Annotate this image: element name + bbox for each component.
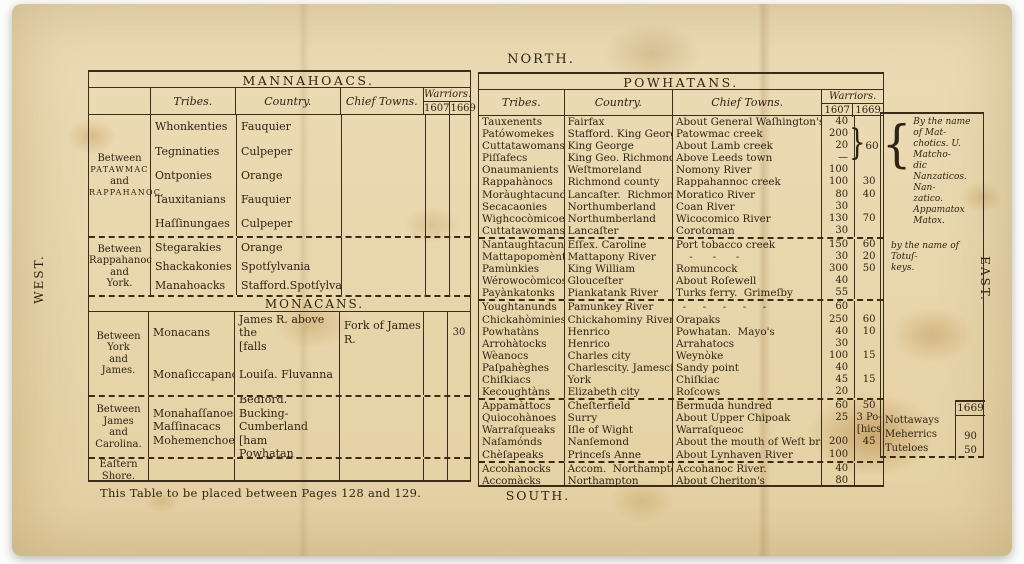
chief-town-cell xyxy=(341,212,425,236)
warriors-header-label: Warriors. xyxy=(822,90,883,104)
chief-town-cell: Coan River xyxy=(672,201,821,213)
chief-town-cell: Fork of James R. xyxy=(339,312,423,354)
monacans-section-title: MONACANS. xyxy=(89,295,470,312)
region-label-line: Eaſtern xyxy=(89,459,148,471)
warriors-1607-cell: 20 xyxy=(821,386,854,398)
region-label-line: Carolina. xyxy=(89,439,148,451)
powhatans-column-headers: Tribes. Country. Chief Towns. Warriors. … xyxy=(479,90,883,116)
powhatans-group: AppamàttocsCheſterfieldBermuda hundred60… xyxy=(479,398,883,460)
warriors-1669-cell: 50 xyxy=(854,400,883,412)
warriors-1607-cell: 80 xyxy=(821,189,854,201)
compass-north-label: NORTH. xyxy=(496,52,586,67)
chief-town-cell: About the mouth of Weſt branch xyxy=(672,436,821,448)
warriors-1669-cell xyxy=(854,287,883,299)
tribe-cell: Paſpahèghes xyxy=(479,362,564,374)
powhatans-group: NantaughtacundsEſſex. CarolinePort tobac… xyxy=(479,237,883,299)
tribe-cell: Wérowocòmicos xyxy=(479,275,564,287)
table-row: PiſſafecsKing Geo. RichmondAbove Leeds t… xyxy=(479,152,883,164)
document-sheet: NORTH. SOUTH. WEST. EAST. MANNAHOACS. Tr… xyxy=(0,0,1024,564)
warriors-1669-cell xyxy=(447,459,470,482)
chief-town-cell xyxy=(339,459,423,482)
chief-town-cell xyxy=(341,163,425,187)
chief-town-cell: Above Leeds town xyxy=(672,152,821,164)
table-row: StegarakiesOrange xyxy=(151,238,472,257)
chief-town-cell: Accohanoc River. xyxy=(672,463,821,475)
table-row: ChiſkiacsYorkChiſkiac4515 xyxy=(479,374,883,386)
powhatans-group: YoughtanundsPamunkey River - - - - -60Ch… xyxy=(479,299,883,398)
warriors-1607-cell: 100 xyxy=(821,449,854,461)
country-cell: Piankatank River xyxy=(564,287,672,299)
country-cell: Accom. Northampton xyxy=(564,463,672,475)
warriors-1607-cell: 250 xyxy=(821,314,854,326)
warriors-1607-cell xyxy=(821,424,854,436)
powhatans-section-title: POWHATANS. xyxy=(479,72,883,90)
country-cell: Louiſa. Fluvanna xyxy=(234,354,339,396)
warriors-1669-cell: 20 xyxy=(854,251,883,263)
warriors-year-headers: 1607 1669 xyxy=(424,102,470,115)
table-row: Monahaſſanoes Maſſinacacs MohemenchoesBe… xyxy=(149,397,470,457)
warriors-1607-cell: 30 xyxy=(821,225,854,237)
warriors-1669-cell xyxy=(449,139,472,163)
chief-town-cell xyxy=(341,238,425,257)
region-label: BetweenPATAWMACandRAPPAHANOC. xyxy=(89,115,151,236)
region-label-line: and xyxy=(89,176,150,188)
table-row: MonaſiccapanoesLouiſa. Fluvanna xyxy=(149,354,470,396)
warriors-1607-cell xyxy=(425,212,449,236)
region-label: BetweenRappahanocandYork. xyxy=(89,238,151,295)
warriors-1607-cell: 80 xyxy=(821,475,854,487)
table-row: ManahoacksStafford.Spotſylvan. xyxy=(151,276,472,295)
country-cell: Culpeper xyxy=(236,212,341,236)
chief-town-cell: Sandy point xyxy=(672,362,821,374)
country-cell: Stafford. King George xyxy=(564,128,672,140)
region-label-line: Between xyxy=(89,244,150,256)
country-cell: Surry xyxy=(564,412,672,424)
country-cell: Charlescity. Jamescity. xyxy=(564,362,672,374)
chief-town-cell: About Lamb creek xyxy=(672,140,821,152)
tribe-cell: Chickahòminies xyxy=(479,314,564,326)
tribe-cell: Tauxenents xyxy=(479,116,564,128)
mannahoacs-table: MANNAHOACS. Tribes. Country. Chief Towns… xyxy=(88,70,471,482)
compass-south-label: SOUTH. xyxy=(498,488,578,503)
table-row: AppamàttocsCheſterfieldBermuda hundred60… xyxy=(479,400,883,412)
region-label: BetweenYorkandJames. xyxy=(89,312,149,395)
warriors-1607-cell xyxy=(425,139,449,163)
group-rows: Monahaſſanoes Maſſinacacs MohemenchoesBe… xyxy=(149,397,470,457)
table-row: ArrohàtocksHenricoArrahatocs30 xyxy=(479,338,883,350)
warriors-1669-cell xyxy=(854,275,883,287)
region-label-line: and xyxy=(89,354,148,366)
country-cell: Henrico xyxy=(564,326,672,338)
region-label: EaſternShore. xyxy=(89,459,149,482)
warriors-1607-cell: 100 xyxy=(821,176,854,188)
warriors-1669-cell xyxy=(449,188,472,212)
warriors-1669-cell: 60 xyxy=(854,314,883,326)
region-label-line: PATAWMAC xyxy=(89,164,150,176)
tribe-name: Tuteloes xyxy=(885,442,939,456)
warriors-1607-cell: 150 xyxy=(821,239,854,251)
southern-tribes-names: Nottaways Meherrics Tuteloes xyxy=(885,414,939,456)
warriors-1607-cell: 45 xyxy=(821,374,854,386)
tribe-value: 50 xyxy=(956,444,985,458)
chief-town-cell: Port tobacco creek xyxy=(672,239,821,251)
chief-town-cell: Warraſqueoc xyxy=(672,424,821,436)
country-column-header: Country. xyxy=(564,90,672,115)
warriors-1607-cell: 40 xyxy=(821,326,854,338)
tribe-cell: Arrohàtocks xyxy=(479,338,564,350)
country-cell: King William xyxy=(564,263,672,275)
tribe-cell: Ontponies xyxy=(151,163,236,187)
warriors-1669-cell: 30 xyxy=(854,176,883,188)
warriors-1607-cell: 100 xyxy=(821,350,854,362)
table-row: WérowocòmicosGlouceſterAbout Roſewell40 xyxy=(479,275,883,287)
chief-town-cell: - - - xyxy=(672,251,821,263)
warriors-1607-cell: 30 xyxy=(821,251,854,263)
chief-town-cell: About Lynhaven River xyxy=(672,449,821,461)
region-label-line: Between xyxy=(89,404,148,416)
region-group: BetweenPATAWMACandRAPPAHANOC.Whonkenties… xyxy=(89,115,470,236)
country-cell: Orange xyxy=(236,238,341,257)
tribe-name: Nottaways xyxy=(885,414,939,428)
tribe-cell: Piſſafecs xyxy=(479,152,564,164)
chief-town-cell: Rappahannoc creek xyxy=(672,176,821,188)
chief-town-cell: Wicocomico River xyxy=(672,213,821,225)
tribe-cell: Chèſapeaks xyxy=(479,449,564,461)
tribe-cell: Nantaughtacunds xyxy=(479,239,564,251)
powhatans-title-text: POWHATANS. xyxy=(623,75,738,90)
margin-notes: { By the name of Mat- chotics. U. Matcho… xyxy=(880,112,984,458)
chief-town-cell: Powhatan. Mayo's xyxy=(672,326,821,338)
table-row: TegninatiesCulpeper xyxy=(151,139,472,163)
warriors-1669-cell xyxy=(854,338,883,350)
warriors-1607-cell xyxy=(423,397,447,457)
warriors-1669-cell xyxy=(854,164,883,176)
warriors-1669-cell: 10 xyxy=(854,326,883,338)
tribe-cell: Tauxitanians xyxy=(151,188,236,212)
warriors-1607-cell xyxy=(425,115,449,139)
warriors-1669-cell xyxy=(449,115,472,139)
chief-town-cell xyxy=(339,397,423,457)
region-label-line: and xyxy=(89,267,150,279)
warriors-1607-cell xyxy=(423,459,447,482)
warriors-1607-cell: 40 xyxy=(821,362,854,374)
warriors-1607-cell: 30 xyxy=(821,201,854,213)
tribe-cell: Payànkatonks xyxy=(479,287,564,299)
tribe-cell: Youghtanunds xyxy=(479,301,564,313)
table-row: AccohanocksAccom. NorthamptonAccohanoc R… xyxy=(479,463,883,475)
country-cell: Spotſylvania xyxy=(236,257,341,276)
tribe-cell: Monaſiccapanoes xyxy=(149,354,234,396)
chief-town-cell xyxy=(341,188,425,212)
country-cell: Northumberland xyxy=(564,213,672,225)
table-row: TauxenentsFairfaxAbout General Waſhingto… xyxy=(479,116,883,128)
table-row: NantaughtacundsEſſex. CarolinePort tobac… xyxy=(479,239,883,251)
warriors-1669-cell xyxy=(447,397,470,457)
chief-town-cell: Nomony River xyxy=(672,164,821,176)
table-row: WhonkentiesFauquier xyxy=(151,115,472,139)
placement-note: This Table to be placed between Pages 12… xyxy=(100,486,421,500)
warriors-1669-cell: 50 xyxy=(854,263,883,275)
tribe-value: 90 xyxy=(956,430,985,444)
chief-town-cell: Weynòke xyxy=(672,350,821,362)
chief-town-cell xyxy=(339,354,423,396)
warriors-1607-cell: 100 xyxy=(821,164,854,176)
tribe-cell: Wèanocs xyxy=(479,350,564,362)
margin-note-2-text: by the name of Totuſ- keys. xyxy=(881,227,983,274)
country-cell: Nanſemond xyxy=(564,436,672,448)
chief-towns-column-header: Chief Towns. xyxy=(672,90,821,115)
tribe-cell: Warraſqueaks xyxy=(479,424,564,436)
tribe-cell: Kecoughtàns xyxy=(479,386,564,398)
region-group: BetweenRappahanocandYork.StegarakiesOran… xyxy=(89,236,470,295)
region-label-line: RAPPAHANOC. xyxy=(89,187,150,199)
tribe-cell: Moràughtacunds xyxy=(479,189,564,201)
table-row: ChèſapeaksPrinceſs AnneAbout Lynhaven Ri… xyxy=(479,449,883,461)
chief-town-cell: Patowmac creek xyxy=(672,128,821,140)
region-label-line: Shore. xyxy=(89,471,148,483)
table-row: PowhatànsHenricoPowhatan. Mayo's4010 xyxy=(479,326,883,338)
region-header-spacer xyxy=(89,88,151,114)
chief-town-cell: Orapaks xyxy=(672,314,821,326)
tribe-cell: Quiocohànoes xyxy=(479,412,564,424)
warriors-1607-cell: 200 xyxy=(821,436,854,448)
southern-tribes-values: 1669 90 50 xyxy=(955,400,985,460)
table-row: PaſpahèghesCharlescity. Jamescity.Sandy … xyxy=(479,362,883,374)
tribe-cell: Whonkenties xyxy=(151,115,236,139)
warriors-1607-cell: 300 xyxy=(821,263,854,275)
country-cell: Iſle of Wight xyxy=(564,424,672,436)
chief-town-cell: Arrahatocs xyxy=(672,338,821,350)
tribe-name: Meherrics xyxy=(885,428,939,442)
country-cell: Fauquier xyxy=(236,115,341,139)
region-label-line: Between xyxy=(89,153,150,165)
region-label-line: James. xyxy=(89,365,148,377)
warriors-1669-cell: 45 xyxy=(854,436,883,448)
warriors-1607-cell: 30 xyxy=(821,338,854,350)
group-rows: WhonkentiesFauquierTegninatiesCulpeperOn… xyxy=(151,115,472,236)
region-group: EaſternShore. xyxy=(89,457,470,482)
warriors-1669-cell: [hics xyxy=(854,424,883,436)
warriors-1669-cell xyxy=(854,386,883,398)
tribe-cell: Monahaſſanoes Maſſinacacs Mohemenchoes xyxy=(149,397,234,457)
country-cell: Glouceſter xyxy=(564,275,672,287)
country-cell xyxy=(234,459,339,482)
warriors-1669-cell xyxy=(854,201,883,213)
country-cell: Cheſterfield xyxy=(564,400,672,412)
tribe-cell: Tegninaties xyxy=(151,139,236,163)
year-1669-header: 1669 xyxy=(956,402,985,416)
warriors-1669-cell xyxy=(447,354,470,396)
tribe-cell: Shackakonies xyxy=(151,257,236,276)
tribe-cell: Pamùnkies xyxy=(479,263,564,275)
brace-glyph: { xyxy=(882,112,911,233)
chief-town-cell: Bermuda hundred xyxy=(672,400,821,412)
powhatans-table-body: TauxenentsFairfaxAbout General Waſhingto… xyxy=(479,116,883,487)
table-row: MonacansJames R. above the [fallsFork of… xyxy=(149,312,470,354)
country-cell: Princeſs Anne xyxy=(564,449,672,461)
tribe-value xyxy=(956,416,985,430)
warriors-1607-cell xyxy=(425,163,449,187)
chief-town-cell: Roſcows xyxy=(672,386,821,398)
table-row: PayànkatonksPiankatank RiverTurks ferry.… xyxy=(479,287,883,299)
country-cell: Pamunkey River xyxy=(564,301,672,313)
chief-town-cell: Corotoman xyxy=(672,225,821,237)
table-row: YoughtanundsPamunkey River - - - - -60 xyxy=(479,301,883,313)
warriors-1607-cell: 60 xyxy=(821,400,854,412)
tribe-cell xyxy=(149,459,234,482)
table-row: MoràughtacundsLancaſter. RichmondMoratic… xyxy=(479,189,883,201)
chief-town-cell: About Cheriton's xyxy=(672,475,821,487)
country-cell: Charles city xyxy=(564,350,672,362)
country-cell: James R. above the [falls xyxy=(234,312,339,354)
table-row: ShackakoniesSpotſylvania xyxy=(151,257,472,276)
warriors-1607-cell: 25 xyxy=(821,412,854,424)
year-1669-header: 1669 xyxy=(449,102,475,115)
warriors-1669-cell: 40 xyxy=(854,189,883,201)
compass-west-label: WEST. xyxy=(32,248,46,310)
mannahoacs-title-text: MANNAHOACS. xyxy=(242,72,374,89)
region-label-line: Rappahanoc xyxy=(89,255,150,267)
country-cell: Mattapony River xyxy=(564,251,672,263)
table-row: NaſamóndsNanſemondAbout the mouth of Weſ… xyxy=(479,436,883,448)
country-cell: King Geo. Richmond xyxy=(564,152,672,164)
country-cell: Henrico xyxy=(564,338,672,350)
region-label-line: York. xyxy=(89,278,150,290)
table-row: MattapopomèntsMattapony River - - -3020 xyxy=(479,251,883,263)
country-cell: Lancaſter. Richmond xyxy=(564,189,672,201)
region-label-line: York xyxy=(89,342,148,354)
year-1607-header: 1607 xyxy=(424,102,449,115)
warriors-1607-cell: 60 xyxy=(821,301,854,313)
tribe-cell: Rappahànocs xyxy=(479,176,564,188)
chief-town-cell xyxy=(341,139,425,163)
table-row: PatówomekesStafford. King GeorgePatowmac… xyxy=(479,128,883,140)
warriors-1669-cell: 15 xyxy=(854,350,883,362)
warriors-1607-cell xyxy=(425,188,449,212)
tribe-cell: Appamàttocs xyxy=(479,400,564,412)
margin-note-1-text: By the name of Mat- chotics. U. Matcho- … xyxy=(911,117,981,227)
tribe-cell: Monacans xyxy=(149,312,234,354)
group-rows xyxy=(149,459,470,482)
tribe-cell: Haſſinungaes xyxy=(151,212,236,236)
warriors-1669-cell: 3 Po- xyxy=(854,412,883,424)
country-cell: Richmond county xyxy=(564,176,672,188)
chief-town-cell xyxy=(341,257,425,276)
tribes-column-header: Tribes. xyxy=(479,90,564,115)
warriors-column-header: Warriors. 1607 1669 xyxy=(423,88,470,114)
country-cell: Eſſex. Caroline xyxy=(564,239,672,251)
warriors-1669-cell xyxy=(449,238,472,257)
warriors-1669-cell xyxy=(854,463,883,475)
warriors-1669-cell: 70 xyxy=(854,213,883,225)
mannahoacs-section-title: MANNAHOACS. xyxy=(89,70,470,88)
warriors-1669-cell xyxy=(449,257,472,276)
group-rows: MonacansJames R. above the [fallsFork of… xyxy=(149,312,470,395)
chief-town-cell: About Upper Chipoak xyxy=(672,412,821,424)
region-label-line: James xyxy=(89,416,148,428)
chief-town-cell: About General Waſhington's xyxy=(672,116,821,128)
chief-town-cell: Moratico River xyxy=(672,189,821,201)
table-row: CuttatawomansKing GeorgeAbout Lamb creek… xyxy=(479,140,883,152)
tribe-cell: Secacaonies xyxy=(479,201,564,213)
margin-note-1: { By the name of Mat- chotics. U. Matcho… xyxy=(881,114,983,227)
country-cell: Orange xyxy=(236,163,341,187)
tribe-cell: Stegarakies xyxy=(151,238,236,257)
chief-town-cell: Turks ferry. Grimeſby xyxy=(672,287,821,299)
warriors-1669-cell: 15 xyxy=(854,374,883,386)
group-rows: StegarakiesOrangeShackakoniesSpotſylvani… xyxy=(151,238,472,295)
country-cell: Northumberland xyxy=(564,201,672,213)
warriors-1669-cell xyxy=(854,301,883,313)
tribes-column-header: Tribes. xyxy=(151,88,235,114)
country-cell: Fauquier xyxy=(236,188,341,212)
region-group: BetweenJamesandCarolina.Monahaſſanoes Ma… xyxy=(89,395,470,457)
region-label-line: and xyxy=(89,427,148,439)
region-group: BetweenYorkandJames.MonacansJames R. abo… xyxy=(89,312,470,395)
chief-town-cell xyxy=(341,276,425,295)
tribe-cell: Cuttatawomans xyxy=(479,140,564,152)
country-cell: Stafford.Spotſylvan. xyxy=(236,276,341,295)
tribe-cell: Naſamónds xyxy=(479,436,564,448)
country-column-header: Country. xyxy=(235,88,339,114)
table-row: ChickahòminiesChickahominy RiverOrapaks2… xyxy=(479,314,883,326)
powhatans-table: POWHATANS. Tribes. Country. Chief Towns.… xyxy=(478,72,884,487)
tribe-cell: Wighcocòmicoes xyxy=(479,213,564,225)
tribe-cell: Patówomekes xyxy=(479,128,564,140)
region-label-line: Between xyxy=(89,331,148,343)
tribe-cell: Onaumanients xyxy=(479,164,564,176)
tribe-cell: Mattapopomènts xyxy=(479,251,564,263)
table-row: RappahànocsRichmond countyRappahannoc cr… xyxy=(479,176,883,188)
warriors-1669-cell xyxy=(854,475,883,487)
table-row: AccomàcksNorthamptonAbout Cheriton's80 xyxy=(479,475,883,487)
warriors-1607-cell xyxy=(425,276,449,295)
warriors-1607-cell xyxy=(425,257,449,276)
table-row: HaſſinungaesCulpeper xyxy=(151,212,472,236)
chief-town-cell: About Roſewell xyxy=(672,275,821,287)
warriors-1607-cell xyxy=(425,238,449,257)
warriors-1607-cell: 40 xyxy=(821,275,854,287)
country-cell: Northampton xyxy=(564,475,672,487)
tribe-cell: Manahoacks xyxy=(151,276,236,295)
tribe-cell: Cuttatawomans xyxy=(479,225,564,237)
chief-town-cell xyxy=(341,115,425,139)
table-row: PamùnkiesKing WilliamRomuncock30050 xyxy=(479,263,883,275)
tribe-cell: Accomàcks xyxy=(479,475,564,487)
table-row: KecoughtànsElizabeth cityRoſcows20 xyxy=(479,386,883,398)
country-cell: Culpeper xyxy=(236,139,341,163)
table-row xyxy=(149,459,470,482)
warriors-header-label: Warriors. xyxy=(424,88,470,102)
table-row: QuiocohànoesSurryAbout Upper Chipoak253 … xyxy=(479,412,883,424)
chief-town-cell: - - - - - xyxy=(672,301,821,313)
warriors-1669-cell xyxy=(854,225,883,237)
warriors-1669-cell: 60 xyxy=(854,239,883,251)
tribe-cell: Chiſkiacs xyxy=(479,374,564,386)
table-row: WarraſqueaksIſle of WightWarraſqueoc[hic… xyxy=(479,424,883,436)
warriors-1669-cell xyxy=(449,212,472,236)
table-row: OntponiesOrange xyxy=(151,163,472,187)
table-row: OnaumanientsWeſtmorelandNomony River100 xyxy=(479,164,883,176)
southern-tribes-mini-table: Nottaways Meherrics Tuteloes 1669 90 50 xyxy=(881,400,985,460)
powhatans-group: AccohanocksAccom. NorthamptonAccohanoc R… xyxy=(479,461,883,487)
warriors-1607-cell xyxy=(423,354,447,396)
country-cell: Elizabeth city xyxy=(564,386,672,398)
chief-towns-column-header: Chief Towns. xyxy=(340,88,424,114)
warriors-1669-cell xyxy=(449,163,472,187)
warriors-column-header: Warriors. 1607 1669 xyxy=(821,90,883,115)
region-label: BetweenJamesandCarolina. xyxy=(89,397,149,457)
